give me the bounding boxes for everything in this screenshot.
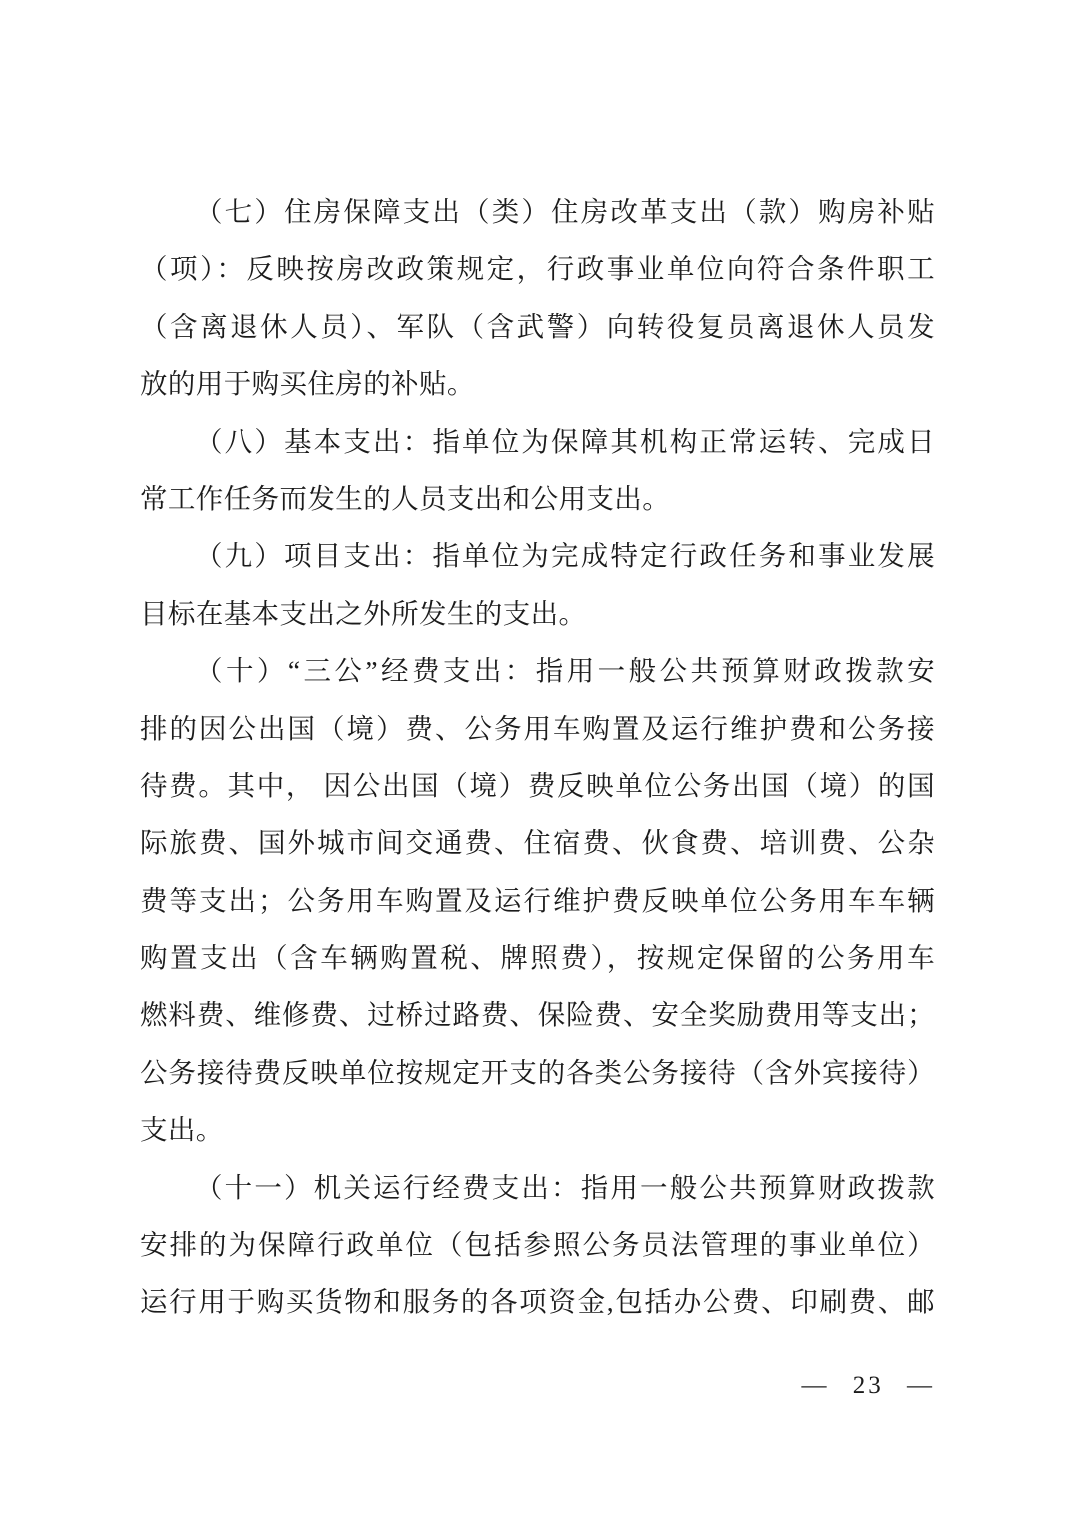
text-line: 待费。其中， 因公出国（境）费反映单位公务出国（境）的国 (140, 757, 935, 814)
text-line: （八）基本支出：指单位为保障其机构正常运转、完成日 (140, 413, 935, 470)
text-line: 际旅费、国外城市间交通费、住宿费、伙食费、培训费、公杂 (140, 814, 935, 871)
text-line: 排的因公出国（境）费、公务用车购置及运行维护费和公务接 (140, 700, 935, 757)
paragraph-item-8-basic-expenditure: （八）基本支出：指单位为保障其机构正常运转、完成日常工作任务而发生的人员支出和公… (140, 413, 935, 528)
text-line: （九）项目支出：指单位为完成特定行政任务和事业发展 (140, 527, 935, 584)
paragraph-item-11-agency-operating-funds: （十一）机关运行经费支出：指用一般公共预算财政拨款安排的为保障行政单位（包括参照… (140, 1159, 935, 1331)
page-footer: — 23 — (802, 1372, 936, 1400)
document-body: （七）住房保障支出（类）住房改革支出（款）购房补贴（项）：反映按房改政策规定，行… (140, 183, 935, 1331)
text-line: 燃料费、维修费、过桥过路费、保险费、安全奖励费用等支出； (140, 986, 935, 1043)
text-line: （含离退休人员）、军队（含武警）向转役复员离退休人员发 (140, 298, 935, 355)
text-line: （项）：反映按房改政策规定，行政事业单位向符合条件职工 (140, 240, 935, 297)
paragraph-item-10-three-public-expenses: （十）“三公”经费支出：指用一般公共预算财政拨款安排的因公出国（境）费、公务用车… (140, 642, 935, 1159)
text-line: 费等支出；公务用车购置及运行维护费反映单位公务用车车辆 (140, 872, 935, 929)
text-line: 购置支出（含车辆购置税、牌照费），按规定保留的公务用车 (140, 929, 935, 986)
text-line: （十）“三公”经费支出：指用一般公共预算财政拨款安 (140, 642, 935, 699)
text-line: （七）住房保障支出（类）住房改革支出（款）购房补贴 (140, 183, 935, 240)
text-line: 公务接待费反映单位按规定开支的各类公务接待（含外宾接待） (140, 1044, 935, 1101)
text-line: 运行用于购买货物和服务的各项资金,包括办公费、印刷费、邮 (140, 1273, 935, 1330)
text-line: 目标在基本支出之外所发生的支出。 (140, 585, 935, 642)
paragraph-item-9-project-expenditure: （九）项目支出：指单位为完成特定行政任务和事业发展目标在基本支出之外所发生的支出… (140, 527, 935, 642)
paragraph-item-7-housing-purchase-subsidy: （七）住房保障支出（类）住房改革支出（款）购房补贴（项）：反映按房改政策规定，行… (140, 183, 935, 413)
text-line: 放的用于购买住房的补贴。 (140, 355, 935, 412)
text-line: 安排的为保障行政单位（包括参照公务员法管理的事业单位） (140, 1216, 935, 1273)
document-page: （七）住房保障支出（类）住房改革支出（款）购房补贴（项）：反映按房改政策规定，行… (0, 0, 1074, 1520)
text-line: 常工作任务而发生的人员支出和公用支出。 (140, 470, 935, 527)
page-number: — 23 — (802, 1372, 936, 1399)
text-line: （十一）机关运行经费支出：指用一般公共预算财政拨款 (140, 1159, 935, 1216)
text-line: 支出。 (140, 1101, 935, 1158)
